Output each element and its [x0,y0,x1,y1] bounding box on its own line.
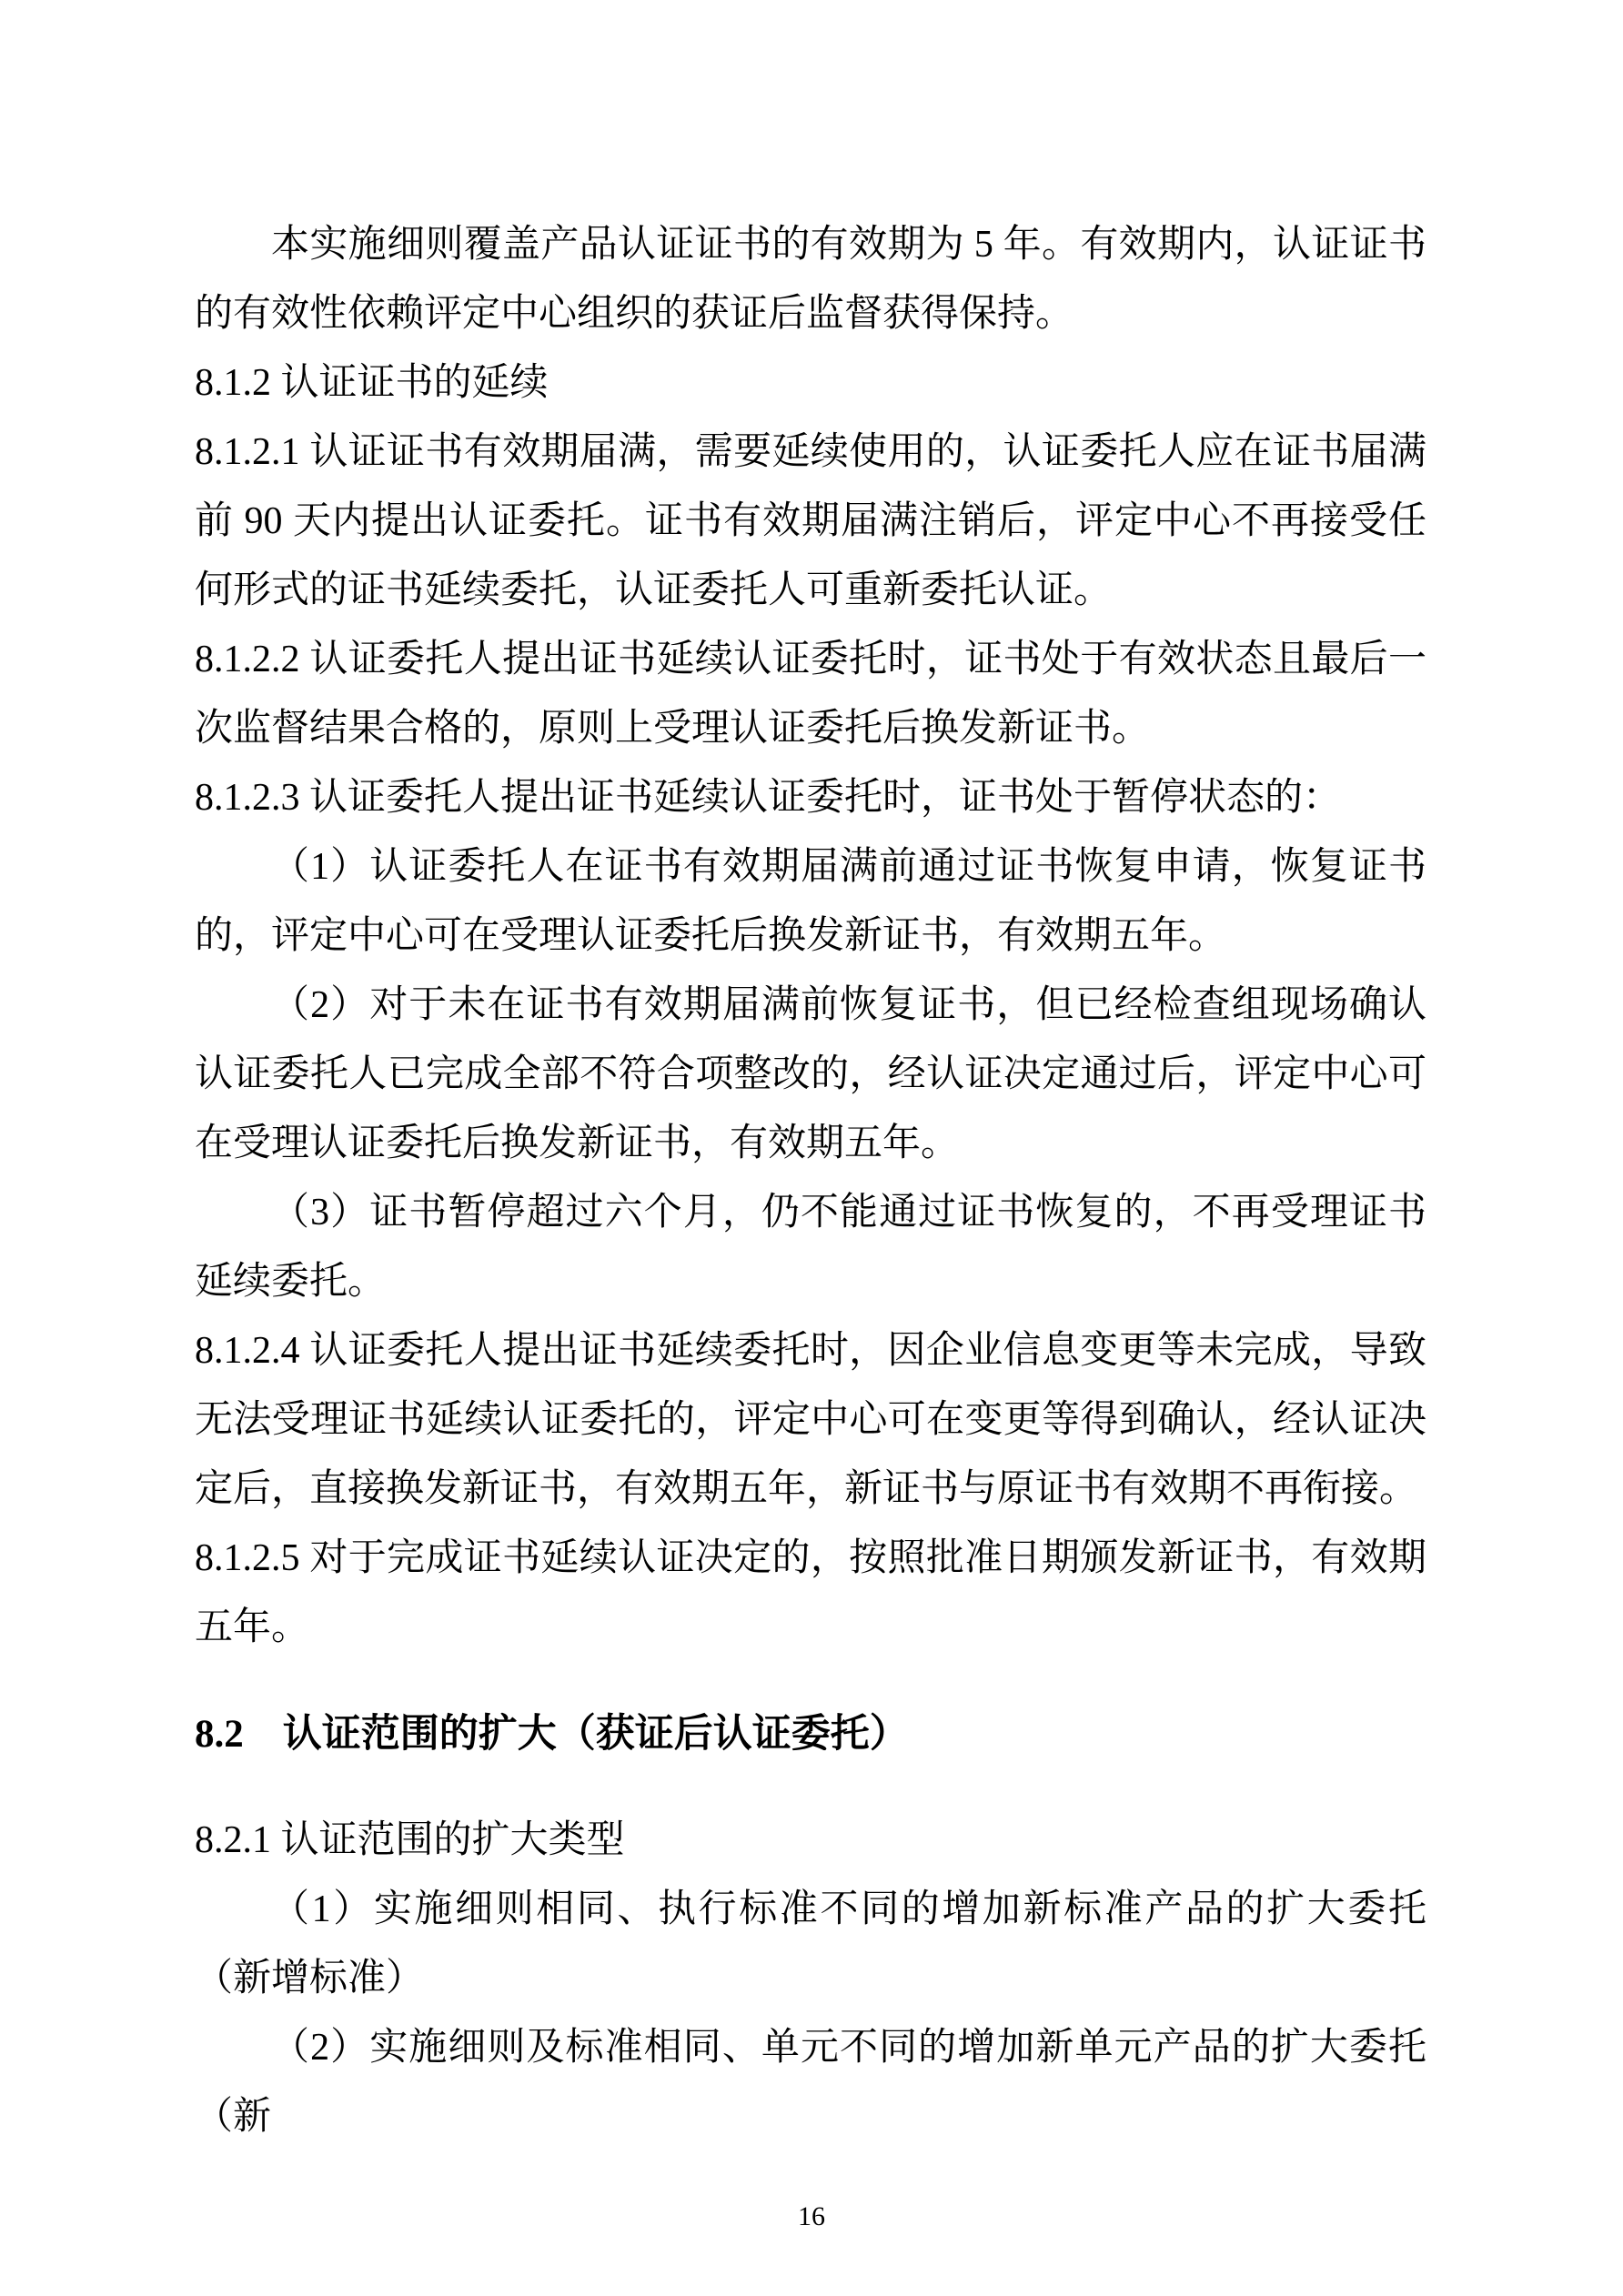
clause-8-2-1: 8.2.1 认证范围的扩大类型 [195,1806,1426,1875]
document-body: 本实施细则覆盖产品认证证书的有效期为 5 年。有效期内，认证证书的有效性依赖评定… [195,210,1426,2151]
clause-8-1-2-5: 8.1.2.5 对于完成证书延续认证决定的，按照批准日期颁发新证书，有效期五年。 [195,1524,1426,1662]
section-heading-8-2: 8.2认证范围的扩大（获证后认证委托） [195,1700,1426,1769]
document-page: 本实施细则覆盖产品认证证书的有效期为 5 年。有效期内，认证证书的有效性依赖评定… [0,0,1623,2296]
page-number: 16 [0,2201,1623,2232]
section-heading-number: 8.2 [195,1713,244,1756]
paragraph-validity-period: 本实施细则覆盖产品认证证书的有效期为 5 年。有效期内，认证证书的有效性依赖评定… [195,210,1426,348]
list-item-3-suspension-over-six-months: （3）证书暂停超过六个月，仍不能通过证书恢复的，不再受理证书延续委托。 [195,1178,1426,1316]
list-item-1-certificate-recovery: （1）认证委托人在证书有效期届满前通过证书恢复申请，恢复证书的，评定中心可在受理… [195,832,1426,971]
clause-8-1-2-2: 8.1.2.2 认证委托人提出证书延续认证委托时，证书处于有效状态且最后一次监督… [195,625,1426,763]
clause-8-1-2-1: 8.1.2.1 认证证书有效期届满，需要延续使用的，认证委托人应在证书届满前 9… [195,418,1426,625]
clause-8-1-2-3: 8.1.2.3 认证委托人提出证书延续认证委托时，证书处于暂停状态的： [195,763,1426,832]
clause-8-1-2-4: 8.1.2.4 认证委托人提出证书延续委托时，因企业信息变更等未完成，导致无法受… [195,1316,1426,1524]
list-item-2-rectification-confirmed: （2）对于未在证书有效期届满前恢复证书，但已经检查组现场确认认证委托人已完成全部… [195,971,1426,1178]
list-item-1-new-standard-expansion: （1）实施细则相同、执行标准不同的增加新标准产品的扩大委托（新增标准） [195,1875,1426,2013]
clause-8-1-2: 8.1.2 认证证书的延续 [195,348,1426,418]
section-heading-title: 认证范围的扩大（获证后认证委托） [283,1713,909,1756]
list-item-2-new-unit-expansion: （2）实施细则及标准相同、单元不同的增加新单元产品的扩大委托（新 [195,2013,1426,2151]
